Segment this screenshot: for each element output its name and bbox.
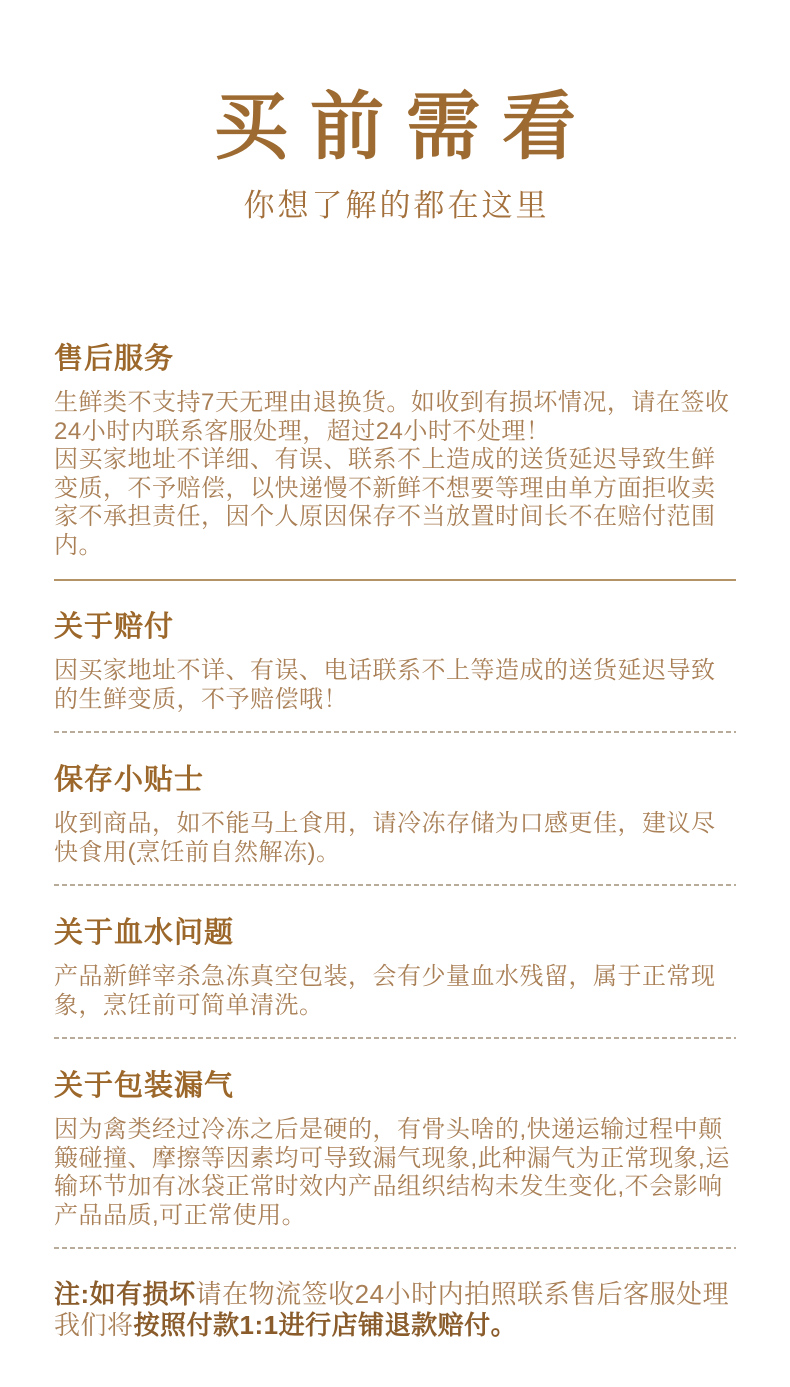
section-heading: 关于包装漏气 [54, 1069, 736, 1103]
section-storage-tips: 保存小贴士 收到商品，如不能马上食用，请冷冻存储为口感更佳，建议尽快食用(烹饪前… [54, 763, 736, 867]
section-heading: 保存小贴士 [54, 763, 736, 797]
section-body: 收到商品，如不能马上食用，请冷冻存储为口感更佳，建议尽快食用(烹饪前自然解冻)。 [54, 810, 736, 867]
section-body: 产品新鲜宰杀急冻真空包装，会有少量血水残留，属于正常现象，烹饪前可简单清洗。 [54, 963, 736, 1020]
damage-claim-note: 注:如有损坏请在物流签收24小时内拍照联系售后客服处理我们将按照付款1:1进行店… [54, 1279, 736, 1341]
note-bold-refund: 按照付款1:1进行店铺退款赔付。 [134, 1310, 518, 1340]
note-regular-1: 请在物流签收24小时内拍照联系售后客服处理 [196, 1279, 729, 1309]
section-body: 因为禽类经过冷冻之后是硬的，有骨头啥的,快递运输过程中颠簸碰撞、摩擦等因素均可导… [54, 1116, 736, 1230]
note-bold-lead: 注:如有损坏 [54, 1279, 196, 1309]
section-after-sales-service: 售后服务 生鲜类不支持7天无理由退换货。如收到有损坏情况，请在签收24小时内联系… [54, 342, 736, 560]
page-subtitle: 你想了解的都在这里 [0, 188, 790, 224]
dashed-divider [54, 1037, 736, 1039]
note-regular-2: 我们将 [54, 1310, 134, 1340]
section-heading: 关于血水问题 [54, 916, 736, 950]
page-title: 买前需看 [0, 86, 790, 168]
notice-content: 售后服务 生鲜类不支持7天无理由退换货。如收到有损坏情况，请在签收24小时内联系… [0, 342, 790, 1341]
hero-header: 买前需看 你想了解的都在这里 [0, 0, 790, 224]
section-heading: 关于赔付 [54, 610, 736, 644]
section-package-air-leak: 关于包装漏气 因为禽类经过冷冻之后是硬的，有骨头啥的,快递运输过程中颠簸碰撞、摩… [54, 1069, 736, 1230]
section-body: 生鲜类不支持7天无理由退换货。如收到有损坏情况，请在签收24小时内联系客服处理，… [54, 389, 736, 560]
section-blood-water: 关于血水问题 产品新鲜宰杀急冻真空包装，会有少量血水残留，属于正常现象，烹饪前可… [54, 916, 736, 1020]
dashed-divider [54, 884, 736, 886]
dashed-divider [54, 1247, 736, 1249]
buyer-notice-page: 买前需看 你想了解的都在这里 售后服务 生鲜类不支持7天无理由退换货。如收到有损… [0, 0, 790, 1387]
solid-divider [54, 579, 736, 581]
section-compensation: 关于赔付 因买家地址不详、有误、电话联系不上等造成的送货延迟导致的生鲜变质，不予… [54, 610, 736, 714]
section-body: 因买家地址不详、有误、电话联系不上等造成的送货延迟导致的生鲜变质，不予赔偿哦！ [54, 657, 736, 714]
dashed-divider [54, 731, 736, 733]
section-heading: 售后服务 [54, 342, 736, 376]
